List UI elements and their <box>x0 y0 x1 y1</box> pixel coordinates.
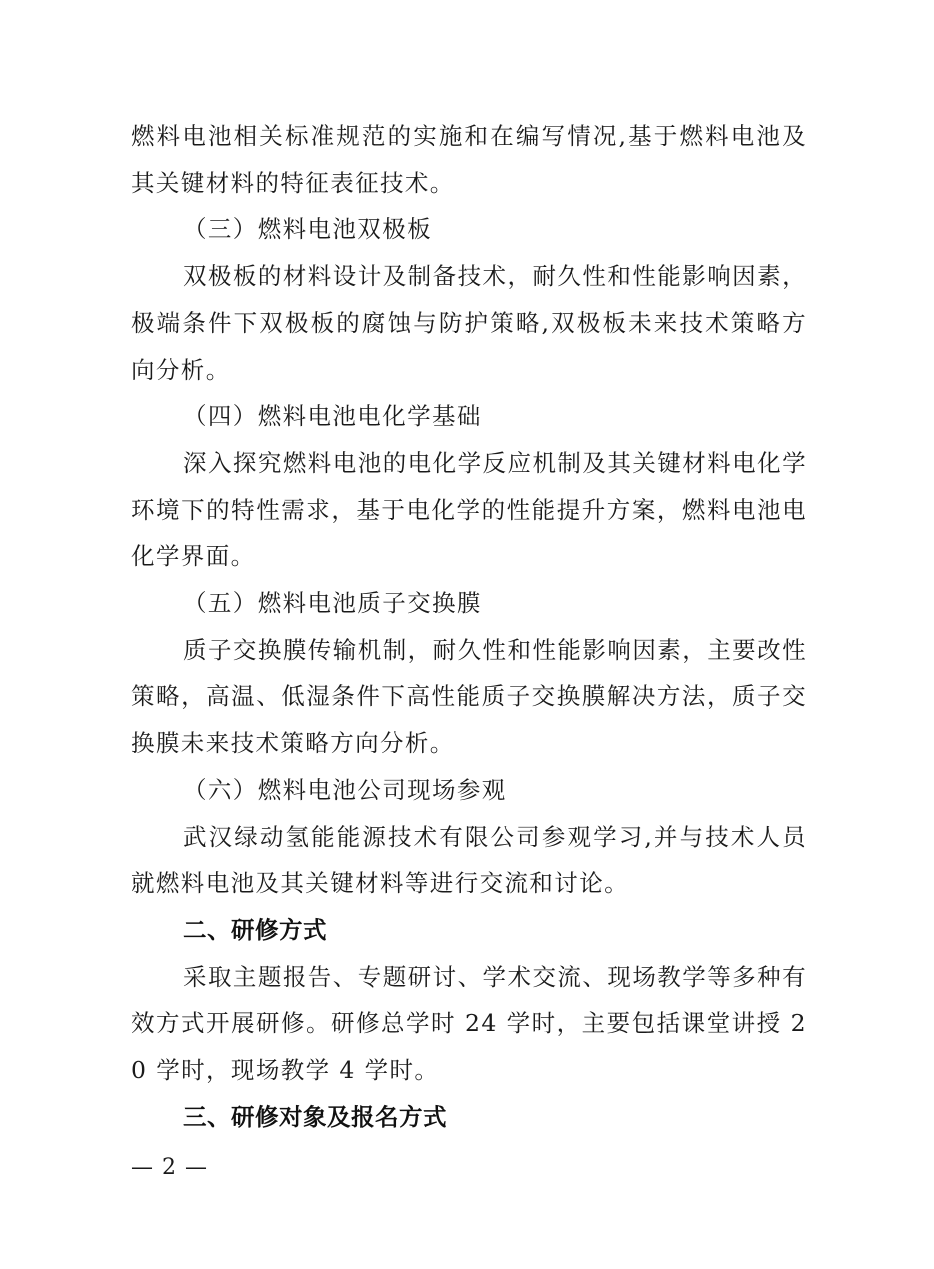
section-heading-participants-registration: 三、研修对象及报名方式 <box>131 1094 807 1141</box>
section-heading-training-method: 二、研修方式 <box>131 907 807 954</box>
paragraph-site-visit: 武汉绿动氢能能源技术有限公司参观学习,并与技术人员就燃料电池及其关键材料等进行交… <box>131 814 807 907</box>
paragraph-bipolar-plate: 双极板的材料设计及制备技术，耐久性和性能影响因素，极端条件下双极板的腐蚀与防护策… <box>131 253 807 393</box>
page-number: — 2 — <box>131 1152 208 1184</box>
subheading-electrochemistry: （四）燃料电池电化学基础 <box>131 393 807 440</box>
paragraph-proton-exchange-membrane: 质子交换膜传输机制，耐久性和性能影响因素，主要改性策略，高温、低湿条件下高性能质… <box>131 627 807 767</box>
paragraph-electrochemistry: 深入探究燃料电池的电化学反应机制及其关键材料电化学环境下的特性需求，基于电化学的… <box>131 440 807 580</box>
paragraph-standards-continuation: 燃料电池相关标准规范的实施和在编写情况,基于燃料电池及其关键材料的特征表征技术。 <box>131 113 807 206</box>
subheading-site-visit: （六）燃料电池公司现场参观 <box>131 767 807 814</box>
subheading-proton-exchange-membrane: （五）燃料电池质子交换膜 <box>131 580 807 627</box>
subheading-bipolar-plate: （三）燃料电池双极板 <box>131 206 807 253</box>
document-page: 燃料电池相关标准规范的实施和在编写情况,基于燃料电池及其关键材料的特征表征技术。… <box>131 113 807 1140</box>
paragraph-training-method: 采取主题报告、专题研讨、学术交流、现场教学等多种有效方式开展研修。研修总学时 2… <box>131 954 807 1094</box>
